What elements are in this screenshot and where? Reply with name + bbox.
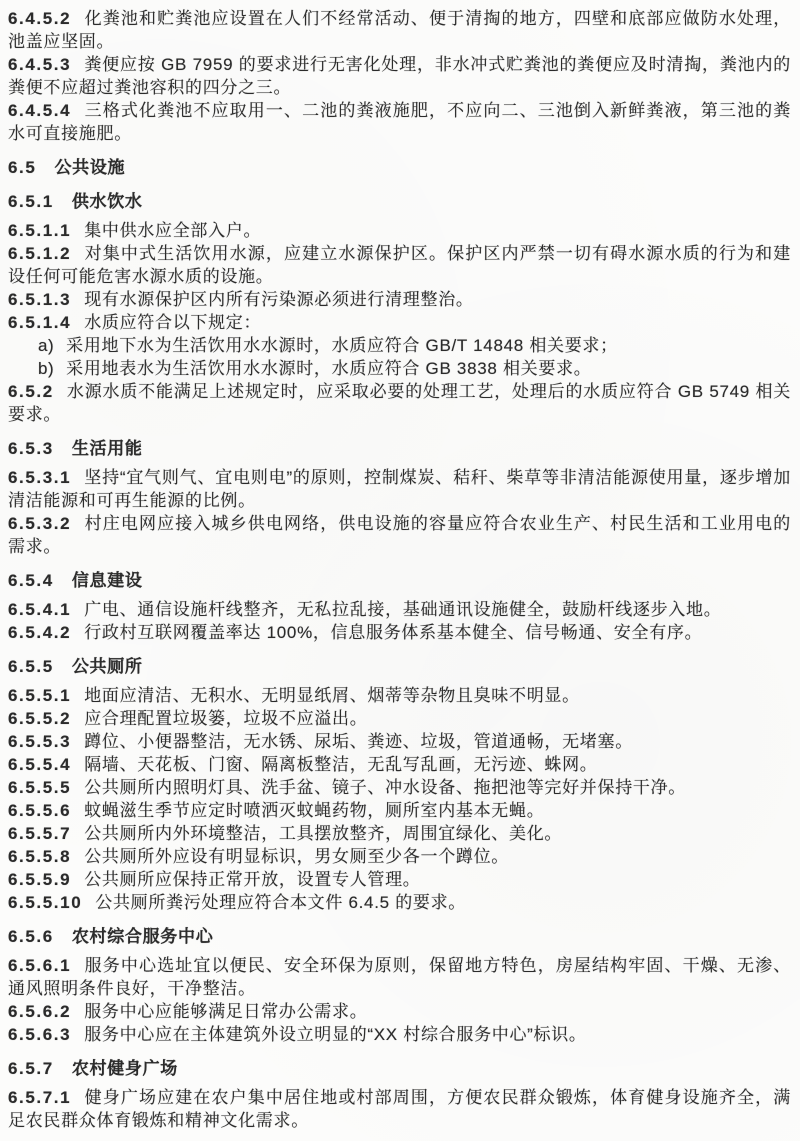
clause-number: 6.5.1.3: [8, 290, 71, 309]
clause-paragraph: 6.5.5.2应合理配置垃圾篓，垃圾不应溢出。: [8, 707, 791, 730]
clause-number: 6.5.6: [8, 927, 54, 946]
clause-number: 6.5: [8, 158, 36, 177]
clause-paragraph: 6.5.6.1服务中心选址宜以便民、安全环保为原则，保留地方特色，房屋结构牢固、…: [8, 954, 791, 1000]
clause-text: 供水饮水: [72, 192, 143, 211]
clause-paragraph: 6.5.6.3服务中心应在主体建筑外设立明显的“XX 村综合服务中心”标识。: [8, 1023, 791, 1046]
clause-text: 水质应符合以下规定：: [84, 313, 261, 332]
section-heading: 6.5.4信息建设: [8, 569, 791, 592]
clause-text: 信息建设: [72, 571, 143, 590]
clause-number: 6.5.5.1: [8, 686, 71, 705]
clause-text: 公共厕所内照明灯具、洗手盆、镜子、冲水设备、拖把池等完好并保持干净。: [84, 778, 686, 797]
clause-paragraph: 6.5.7.1健身广场应建在农户集中居住地或村部周围，方便农民群众锻炼，体育健身…: [8, 1086, 791, 1132]
section-heading: 6.5.7农村健身广场: [8, 1057, 791, 1080]
clause-paragraph: 6.4.5.4三格式化粪池不应取用一、二池的粪液施肥，不应向二、三池倒入新鲜粪液…: [8, 99, 791, 145]
clause-number: 6.5.5.3: [8, 732, 71, 751]
clause-text: 农村健身广场: [72, 1059, 178, 1078]
clause-text: 现有水源保护区内所有污染源必须进行清理整治。: [84, 290, 473, 309]
list-item: a)采用地下水为生活饮用水水源时，水质应符合 GB/T 14848 相关要求；: [8, 334, 791, 357]
clause-paragraph: 6.5.1.2对集中式生活饮用水源，应建立水源保护区。保护区内严禁一切有碍水源水…: [8, 242, 791, 288]
clause-text: 采用地下水为生活饮用水水源时，水质应符合 GB/T 14848 相关要求；: [66, 336, 618, 355]
clause-paragraph: 6.5.1.1集中供水应全部入户。: [8, 219, 791, 242]
clause-text: 生活用能: [72, 439, 143, 458]
clause-paragraph: 6.5.2水源水质不能满足上述规定时，应采取必要的处理工艺，处理后的水质应符合 …: [8, 380, 791, 426]
clause-number: 6.5.5.5: [8, 778, 71, 797]
clause-paragraph: 6.5.5.10公共厕所粪污处理应符合本文件 6.4.5 的要求。: [8, 891, 791, 914]
document-page: 6.4.5.2化粪池和贮粪池应设置在人们不经常活动、便于清掏的地方，四壁和底部应…: [0, 0, 800, 1141]
section-heading: 6.5.3生活用能: [8, 437, 791, 460]
clause-text: 服务中心应在主体建筑外设立明显的“XX 村综合服务中心”标识。: [84, 1025, 586, 1044]
clause-paragraph: 6.5.1.4水质应符合以下规定：: [8, 311, 791, 334]
clause-number: 6.5.3.1: [8, 468, 71, 487]
clause-text: 水源水质不能满足上述规定时，应采取必要的处理工艺，处理后的水质应符合 GB 57…: [8, 382, 791, 424]
clause-number: 6.4.5.3: [8, 55, 71, 74]
clause-text: 公共厕所外应设有明显标识，男女厕至少各一个蹲位。: [84, 847, 509, 866]
clause-paragraph: 6.5.5.9公共厕所应保持正常开放，设置专人管理。: [8, 868, 791, 891]
clause-text: 采用地表水为生活饮用水水源时，水质应符合 GB 3838 相关要求。: [66, 359, 591, 378]
clause-paragraph: 6.5.4.1广电、通信设施杆线整齐，无私拉乱接，基础通讯设施健全，鼓励杆线逐步…: [8, 598, 791, 621]
clause-number: 6.5.1.4: [8, 313, 71, 332]
clause-number: 6.5.4: [8, 571, 54, 590]
clause-paragraph: 6.5.4.2行政村互联网覆盖率达 100%，信息服务体系基本健全、信号畅通、安…: [8, 621, 791, 644]
clause-text: 农村综合服务中心: [72, 927, 214, 946]
clause-text: 服务中心选址宜以便民、安全环保为原则，保留地方特色，房屋结构牢固、干燥、无渗、通…: [8, 956, 791, 998]
clause-paragraph: 6.5.3.1坚持“宜气则气、宜电则电”的原则，控制煤炭、秸秆、柴草等非清洁能源…: [8, 466, 791, 512]
clause-text: 对集中式生活饮用水源，应建立水源保护区。保护区内严禁一切有碍水源水质的行为和建设…: [8, 244, 791, 286]
clause-paragraph: 6.4.5.3粪便应按 GB 7959 的要求进行无害化处理，非水冲式贮粪池的粪…: [8, 53, 791, 99]
clause-text: 应合理配置垃圾篓，垃圾不应溢出。: [84, 709, 367, 728]
clause-paragraph: 6.5.5.4隔墙、天花板、门窗、隔离板整洁，无乱写乱画，无污迹、蛛网。: [8, 753, 791, 776]
clause-paragraph: 6.5.5.5公共厕所内照明灯具、洗手盆、镜子、冲水设备、拖把池等完好并保持干净…: [8, 776, 791, 799]
clause-paragraph: 6.4.5.2化粪池和贮粪池应设置在人们不经常活动、便于清掏的地方，四壁和底部应…: [8, 7, 791, 53]
section-heading: 6.5.1供水饮水: [8, 190, 791, 213]
clause-paragraph: 6.5.3.2村庄电网应接入城乡供电网络，供电设施的容量应符合农业生产、村民生活…: [8, 512, 791, 558]
clause-number: 6.4.5.2: [8, 9, 71, 28]
clause-number: 6.5.1: [8, 192, 54, 211]
clause-number: 6.5.6.3: [8, 1025, 71, 1044]
clause-number: 6.5.5.2: [8, 709, 71, 728]
clause-number: 6.5.5: [8, 657, 54, 676]
clause-number: b): [38, 359, 54, 378]
clause-text: 公共厕所粪污处理应符合本文件 6.4.5 的要求。: [95, 893, 466, 912]
clause-text: 村庄电网应接入城乡供电网络，供电设施的容量应符合农业生产、村民生活和工业用电的需…: [8, 514, 791, 556]
clause-text: 三格式化粪池不应取用一、二池的粪液施肥，不应向二、三池倒入新鲜粪液，第三池的粪水…: [8, 101, 791, 143]
section-heading: 6.5.6农村综合服务中心: [8, 925, 791, 948]
clause-paragraph: 6.5.5.3蹲位、小便器整洁，无水锈、尿垢、粪迹、垃圾，管道通畅，无堵塞。: [8, 730, 791, 753]
clause-text: 化粪池和贮粪池应设置在人们不经常活动、便于清掏的地方，四壁和底部应做防水处理，池…: [8, 9, 791, 51]
clause-text: 公共厕所: [72, 657, 143, 676]
clause-number: 6.5.1.2: [8, 244, 71, 263]
clause-paragraph: 6.5.5.8公共厕所外应设有明显标识，男女厕至少各一个蹲位。: [8, 845, 791, 868]
clause-text: 集中供水应全部入户。: [84, 221, 261, 240]
clause-text: 地面应清洁、无积水、无明显纸屑、烟蒂等杂物且臭味不明显。: [84, 686, 580, 705]
clause-text: 健身广场应建在农户集中居住地或村部周围，方便农民群众锻炼，体育健身设施齐全，满足…: [8, 1088, 791, 1130]
clause-paragraph: 6.5.6.2服务中心应能够满足日常办公需求。: [8, 1000, 791, 1023]
clause-text: 坚持“宜气则气、宜电则电”的原则，控制煤炭、秸秆、柴草等非清洁能源使用量，逐步增…: [8, 468, 791, 510]
clause-number: a): [38, 336, 54, 355]
clause-number: 6.5.5.9: [8, 870, 71, 889]
clause-paragraph: 6.5.5.1地面应清洁、无积水、无明显纸屑、烟蒂等杂物且臭味不明显。: [8, 684, 791, 707]
clause-text: 公共厕所内外环境整洁，工具摆放整齐，周围宜绿化、美化。: [84, 824, 562, 843]
clause-text: 粪便应按 GB 7959 的要求进行无害化处理，非水冲式贮粪池的粪便应及时清掏，…: [8, 55, 791, 97]
clause-text: 服务中心应能够满足日常办公需求。: [84, 1002, 367, 1021]
clause-number: 6.5.6.1: [8, 956, 71, 975]
clause-text: 隔墙、天花板、门窗、隔离板整洁，无乱写乱画，无污迹、蛛网。: [84, 755, 597, 774]
clause-number: 6.5.1.1: [8, 221, 71, 240]
clause-paragraph: 6.5.5.7公共厕所内外环境整洁，工具摆放整齐，周围宜绿化、美化。: [8, 822, 791, 845]
clause-paragraph: 6.5.5.6蚊蝇滋生季节应定时喷洒灭蚊蝇药物，厕所室内基本无蝇。: [8, 799, 791, 822]
clause-text: 公共厕所应保持正常开放，设置专人管理。: [84, 870, 420, 889]
clause-number: 6.5.5.7: [8, 824, 71, 843]
clause-number: 6.5.6.2: [8, 1002, 71, 1021]
clause-number: 6.5.5.4: [8, 755, 71, 774]
clause-number: 6.5.4.2: [8, 623, 71, 642]
clause-number: 6.5.5.10: [8, 893, 82, 912]
clause-text: 蹲位、小便器整洁，无水锈、尿垢、粪迹、垃圾，管道通畅，无堵塞。: [84, 732, 633, 751]
clause-number: 6.5.3: [8, 439, 54, 458]
clause-text: 公共设施: [54, 158, 125, 177]
document-body: 6.4.5.2化粪池和贮粪池应设置在人们不经常活动、便于清掏的地方，四壁和底部应…: [8, 7, 791, 1132]
list-item: b)采用地表水为生活饮用水水源时，水质应符合 GB 3838 相关要求。: [8, 357, 791, 380]
clause-text: 广电、通信设施杆线整齐，无私拉乱接，基础通讯设施健全，鼓励杆线逐步入地。: [84, 600, 721, 619]
clause-number: 6.5.7: [8, 1059, 54, 1078]
clause-number: 6.5.4.1: [8, 600, 71, 619]
clause-number: 6.5.7.1: [8, 1088, 71, 1107]
clause-number: 6.5.5.8: [8, 847, 71, 866]
clause-text: 行政村互联网覆盖率达 100%，信息服务体系基本健全、信号畅通、安全有序。: [84, 623, 702, 642]
section-heading: 6.5.5公共厕所: [8, 655, 791, 678]
clause-number: 6.4.5.4: [8, 101, 71, 120]
section-heading: 6.5公共设施: [8, 156, 791, 179]
clause-number: 6.5.2: [8, 382, 54, 401]
clause-text: 蚊蝇滋生季节应定时喷洒灭蚊蝇药物，厕所室内基本无蝇。: [84, 801, 544, 820]
clause-number: 6.5.5.6: [8, 801, 71, 820]
clause-number: 6.5.3.2: [8, 514, 71, 533]
clause-paragraph: 6.5.1.3现有水源保护区内所有污染源必须进行清理整治。: [8, 288, 791, 311]
